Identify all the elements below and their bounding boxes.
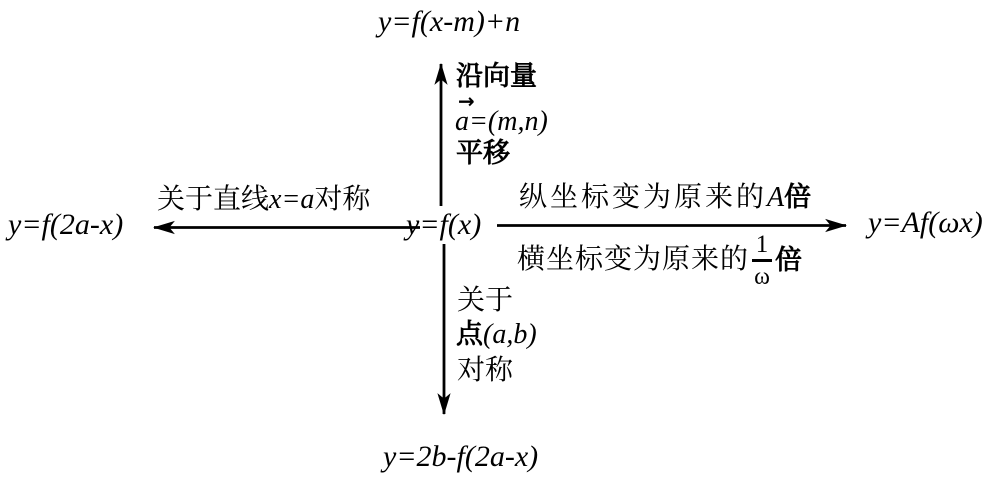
left-arrow-label: 关于直线x=a对称: [157, 185, 370, 214]
right-result-formula: y=Af(ωx): [868, 207, 983, 239]
bottom-result-formula: y=2b-f(2a-x): [383, 441, 538, 473]
right-below-prefix: 横坐标变为原来的: [517, 245, 749, 274]
fraction-bar: [752, 259, 772, 262]
right-above-prefix: 纵坐标变为原来的: [519, 182, 767, 213]
right-below-suffix: 倍: [775, 246, 802, 274]
fraction-numerator: 1: [756, 232, 769, 257]
bottom-label-point-bold: 点: [456, 319, 483, 349]
right-arrow-below-label: 横坐标变为原来的 1 ω 倍: [517, 230, 802, 290]
top-label-translate: 平移: [456, 139, 510, 167]
bottom-label-point: 点(a,b): [456, 320, 537, 349]
fraction-denominator: ω: [754, 265, 770, 289]
right-above-suffix: 倍: [784, 182, 811, 212]
right-above-var: A: [767, 182, 784, 213]
bottom-label-about: 关于: [457, 286, 513, 315]
left-label-prefix: 关于直线: [157, 184, 269, 215]
left-label-math: x=a: [269, 184, 314, 215]
bottom-label-symmetric: 对称: [457, 356, 513, 385]
top-result-formula: y=f(x-m)+n: [378, 6, 520, 38]
one-over-omega-fraction: 1 ω: [752, 232, 772, 289]
right-arrow-above-label: 纵坐标变为原来的A倍: [519, 183, 811, 212]
top-label-along-vector: 沿向量: [456, 62, 537, 90]
left-result-formula: y=f(2a-x): [8, 209, 123, 241]
top-label-vector-value: a=(m,n): [455, 107, 548, 136]
function-transformation-diagram: y=f(x-m)+n 沿向量 → a=(m,n) 平移 关于直线x=a对称 y=…: [0, 0, 986, 481]
left-label-suffix: 对称: [314, 184, 370, 215]
center-formula: y=f(x): [406, 209, 481, 241]
bottom-label-point-math: (a,b): [483, 319, 537, 350]
